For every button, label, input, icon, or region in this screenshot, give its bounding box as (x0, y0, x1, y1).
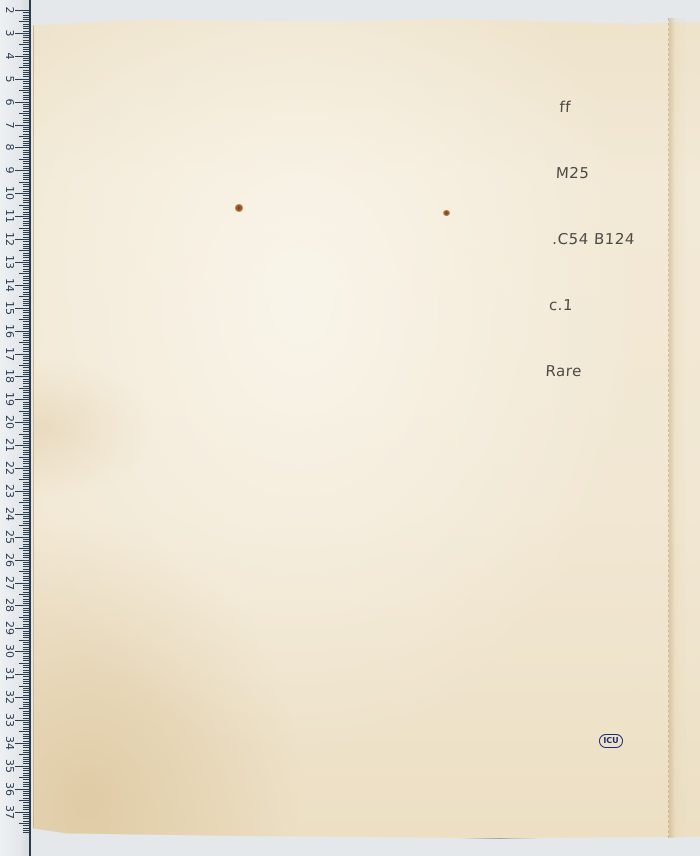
call-number-line: c.1 (548, 294, 632, 316)
ruler-tick (23, 665, 29, 666)
ruler-tick (15, 789, 29, 790)
ruler-tick (23, 120, 29, 121)
ruler-tick (23, 512, 29, 513)
ruler-tick (23, 507, 29, 508)
ruler-tick (23, 500, 29, 501)
ruler-tick (23, 688, 29, 689)
ruler-tick (23, 779, 29, 780)
ruler-tick (23, 19, 29, 20)
ruler-tick (19, 159, 29, 160)
ruler-tick (23, 74, 29, 75)
ruler-label: 26 (3, 552, 15, 568)
ruler-tick (23, 528, 29, 529)
ruler-tick (15, 468, 29, 469)
ruler-tick (23, 397, 29, 398)
ruler-tick (23, 63, 29, 64)
call-number-line: Rare (545, 360, 629, 382)
ruler-tick (23, 763, 29, 764)
ruler-tick (23, 461, 29, 462)
ruler-tick (23, 115, 29, 116)
ruler-tick (23, 54, 29, 55)
ruler-tick (23, 505, 29, 506)
ruler-tick (23, 741, 29, 742)
ruler-tick (23, 221, 29, 222)
ruler-tick (23, 773, 29, 774)
ruler-tick (23, 271, 29, 272)
ruler-tick (23, 692, 29, 693)
ruler-tick (19, 502, 29, 503)
ruler-tick (23, 681, 29, 682)
ruler-tick (23, 550, 29, 551)
ruler-tick (15, 308, 29, 309)
ruler-tick (23, 724, 29, 725)
ruler-label: 17 (3, 346, 15, 362)
ruler-tick (23, 770, 29, 771)
ruler-tick (23, 427, 29, 428)
ruler-tick (15, 170, 29, 171)
ruler-tick (23, 443, 29, 444)
ruler-tick (23, 784, 29, 785)
ruler-label: 15 (3, 300, 15, 316)
ruler-tick (15, 537, 29, 538)
ruler-tick (23, 154, 29, 155)
ruler-label: 20 (3, 414, 15, 430)
ruler-tick (23, 660, 29, 661)
ruler-label: 8 (3, 139, 15, 155)
ruler-label: 23 (3, 483, 15, 499)
ruler-tick (19, 319, 29, 320)
ruler-tick (23, 266, 29, 267)
ruler-tick (23, 248, 29, 249)
ruler-tick (23, 518, 29, 519)
ruler-tick (19, 708, 29, 709)
foxing-spot (235, 204, 243, 212)
ruler-tick (23, 530, 29, 531)
ruler-tick (23, 212, 29, 213)
ruler-tick (23, 51, 29, 52)
ruler-tick (23, 431, 29, 432)
ruler-tick (23, 337, 29, 338)
ruler-tick (23, 97, 29, 98)
ruler-tick (23, 544, 29, 545)
ruler-tick (23, 179, 29, 180)
ruler-label: 5 (3, 71, 15, 87)
ruler-tick (23, 452, 29, 453)
ruler-tick (23, 805, 29, 806)
ruler-tick (23, 395, 29, 396)
ruler-tick (23, 72, 29, 73)
ruler-tick (23, 223, 29, 224)
ruler-label: 29 (3, 620, 15, 636)
ruler-tick (23, 244, 29, 245)
ruler-tick (15, 605, 29, 606)
ruler-tick (15, 285, 29, 286)
ruler-tick (23, 40, 29, 41)
ruler-tick (23, 321, 29, 322)
ruler-tick (23, 695, 29, 696)
ruler-label: 36 (3, 781, 15, 797)
ruler-label: 18 (3, 368, 15, 384)
ruler-tick (23, 802, 29, 803)
ruler-label: 22 (3, 460, 15, 476)
ruler-tick (23, 493, 29, 494)
ruler-label: 13 (3, 254, 15, 270)
ruler-tick (23, 255, 29, 256)
ruler-tick (23, 218, 29, 219)
ruler-tick (19, 777, 29, 778)
ruler-tick (23, 830, 29, 831)
ruler-tick (23, 143, 29, 144)
ruler-tick (19, 136, 29, 137)
ruler-tick (23, 292, 29, 293)
ruler-tick (23, 383, 29, 384)
ruler-tick (23, 42, 29, 43)
ruler-tick (15, 56, 29, 57)
ruler-tick (23, 722, 29, 723)
ruler-tick (23, 356, 29, 357)
ruler-tick (23, 269, 29, 270)
ruler-tick (15, 193, 29, 194)
ruler-tick (19, 205, 29, 206)
ruler-tick (23, 706, 29, 707)
ruler-tick (23, 683, 29, 684)
ruler-label: 9 (3, 162, 15, 178)
ruler-tick (23, 484, 29, 485)
ruler-tick (23, 47, 29, 48)
ruler-tick (23, 324, 29, 325)
ruler-tick (23, 516, 29, 517)
ruler-tick (23, 418, 29, 419)
ruler-tick (15, 514, 29, 515)
ruler-tick (23, 482, 29, 483)
ruler-tick (23, 786, 29, 787)
ruler-tick (19, 800, 29, 801)
ruler-tick (15, 399, 29, 400)
ruler-tick (23, 750, 29, 751)
ruler-tick (23, 534, 29, 535)
ruler-tick (23, 752, 29, 753)
ruler-tick (23, 539, 29, 540)
ruler-tick (23, 386, 29, 387)
ruler-tick (23, 420, 29, 421)
ruler-tick (23, 532, 29, 533)
ruler-tick (23, 667, 29, 668)
ruler-tick (23, 690, 29, 691)
ruler-tick (23, 111, 29, 112)
ruler-tick (23, 289, 29, 290)
ruler-tick (23, 310, 29, 311)
ruler-tick (23, 580, 29, 581)
ruler-tick (23, 12, 29, 13)
ruler-tick (15, 560, 29, 561)
ruler-tick (23, 814, 29, 815)
ruler-label: 4 (3, 48, 15, 64)
ruler-tick (19, 273, 29, 274)
ruler-tick (15, 102, 29, 103)
ruler-tick (23, 189, 29, 190)
ruler-tick (19, 113, 29, 114)
ruler-tick (23, 122, 29, 123)
ruler-tick (15, 628, 29, 629)
ruler-tick (23, 372, 29, 373)
ruler-tick (23, 555, 29, 556)
ruler-tick (23, 374, 29, 375)
ruler-tick (23, 360, 29, 361)
ruler-tick (19, 640, 29, 641)
ruler-tick (15, 10, 29, 11)
ruler-tick (23, 466, 29, 467)
ruler-label: 24 (3, 506, 15, 522)
foxing-spot (443, 210, 450, 216)
ruler-tick (23, 95, 29, 96)
ruler-tick (15, 147, 29, 148)
ruler-label: 30 (3, 643, 15, 659)
ruler-tick (23, 704, 29, 705)
call-number-line: ff (559, 96, 643, 118)
ruler-tick (23, 150, 29, 151)
ruler-tick (23, 473, 29, 474)
ruler-label: 3 (3, 25, 15, 41)
ruler-tick (23, 177, 29, 178)
ruler-label: 37 (3, 804, 15, 820)
ruler-tick (23, 173, 29, 174)
ruler-tick (23, 759, 29, 760)
ruler-label: 25 (3, 529, 15, 545)
ruler-tick (23, 489, 29, 490)
ruler-tick (23, 658, 29, 659)
ruler-tick (23, 454, 29, 455)
ruler-tick (23, 589, 29, 590)
ruler-tick (23, 450, 29, 451)
ruler-tick (23, 26, 29, 27)
ruler-tick (23, 619, 29, 620)
ruler-tick (23, 832, 29, 833)
ruler-tick (23, 631, 29, 632)
ruler-tick (23, 509, 29, 510)
ruler-tick (23, 49, 29, 50)
ruler-label: 31 (3, 666, 15, 682)
ruler-label: 35 (3, 758, 15, 774)
ruler-label: 10 (3, 185, 15, 201)
ruler-tick (23, 58, 29, 59)
ruler-label: 16 (3, 323, 15, 339)
ruler-tick (19, 67, 29, 68)
ruler-tick (23, 621, 29, 622)
ruler-tick (23, 557, 29, 558)
ruler-tick (23, 738, 29, 739)
ruler-tick (23, 727, 29, 728)
ruler-tick (23, 186, 29, 187)
ruler-tick (23, 821, 29, 822)
ruler-tick (23, 340, 29, 341)
ruler-tick (15, 422, 29, 423)
ruler-label: 6 (3, 94, 15, 110)
ruler-tick (23, 816, 29, 817)
ruler-tick (15, 651, 29, 652)
ruler-tick (23, 278, 29, 279)
ruler-tick (23, 470, 29, 471)
ruler-tick (23, 60, 29, 61)
ruler-tick (23, 134, 29, 135)
ruler-tick (23, 713, 29, 714)
ruler-tick (23, 436, 29, 437)
ruler-tick (15, 766, 29, 767)
ruler-tick (23, 225, 29, 226)
ruler-tick (19, 686, 29, 687)
ruler-tick (23, 828, 29, 829)
ruler-tick (15, 812, 29, 813)
ruler-tick (23, 367, 29, 368)
ruler-tick (23, 592, 29, 593)
ruler-tick (23, 145, 29, 146)
ruler-tick (23, 191, 29, 192)
ruler-tick (19, 388, 29, 389)
ruler-tick (23, 653, 29, 654)
ruler-tick (23, 326, 29, 327)
ruler-tick (23, 702, 29, 703)
ruler-tick (23, 729, 29, 730)
ruler-tick (23, 642, 29, 643)
ruler-tick (23, 424, 29, 425)
ruler-tick (23, 415, 29, 416)
ruler-tick (15, 743, 29, 744)
ruler-label: 19 (3, 391, 15, 407)
ruler-tick (23, 798, 29, 799)
ruler-tick (23, 745, 29, 746)
ruler-tick (23, 624, 29, 625)
ruler-tick (23, 344, 29, 345)
ruler-tick (23, 264, 29, 265)
ruler-tick (23, 757, 29, 758)
ruler-tick (23, 679, 29, 680)
ruler-tick (23, 328, 29, 329)
ruler-tick (23, 626, 29, 627)
ruler-tick (23, 818, 29, 819)
ruler-tick (23, 202, 29, 203)
ruler-tick (19, 731, 29, 732)
ruler-tick (23, 676, 29, 677)
ruler-tick (23, 413, 29, 414)
ruler-tick (23, 161, 29, 162)
ruler-tick (23, 37, 29, 38)
ruler-tick (19, 411, 29, 412)
ruler-tick (23, 195, 29, 196)
call-number-line: .C54 B124 (552, 228, 636, 250)
ruler-tick (23, 637, 29, 638)
ruler-tick (23, 495, 29, 496)
ruler-tick (19, 250, 29, 251)
ruler-tick (23, 612, 29, 613)
ruler-tick (23, 633, 29, 634)
ruler-tick (23, 699, 29, 700)
ruler-tick (23, 168, 29, 169)
ruler-tick (15, 216, 29, 217)
ruler-tick (23, 521, 29, 522)
ruler-tick (23, 463, 29, 464)
ruler-tick (23, 381, 29, 382)
ruler-tick (15, 262, 29, 263)
ruler-tick (23, 569, 29, 570)
ruler-tick (19, 365, 29, 366)
measurement-ruler: 2345678910111213141516171819202122232425… (0, 0, 31, 856)
ruler-tick (23, 672, 29, 673)
ruler-tick (23, 349, 29, 350)
ruler-tick (23, 603, 29, 604)
ruler-tick (23, 35, 29, 36)
ruler-tick (15, 331, 29, 332)
ruler-tick (23, 106, 29, 107)
ruler-label: 33 (3, 712, 15, 728)
ruler-tick (23, 276, 29, 277)
ruler-tick (23, 775, 29, 776)
ruler-tick (23, 576, 29, 577)
ruler-tick (23, 129, 29, 130)
ruler-tick (15, 79, 29, 80)
ruler-tick (19, 571, 29, 572)
ruler-tick (19, 754, 29, 755)
ruler-tick (23, 83, 29, 84)
ruler-tick (23, 809, 29, 810)
ruler-tick (15, 445, 29, 446)
ruler-tick (23, 734, 29, 735)
ruler-tick (23, 214, 29, 215)
ruler-tick (23, 333, 29, 334)
ruler-tick (15, 491, 29, 492)
ruler-tick (23, 358, 29, 359)
ruler-tick (23, 429, 29, 430)
ruler-tick (19, 823, 29, 824)
ruler-tick (19, 21, 29, 22)
ruler-tick (23, 184, 29, 185)
ruler-tick (23, 118, 29, 119)
ruler-tick (23, 546, 29, 547)
ruler-tick (23, 370, 29, 371)
ruler-tick (23, 649, 29, 650)
ruler-tick (23, 793, 29, 794)
ruler-tick (15, 376, 29, 377)
ruler-tick (23, 782, 29, 783)
ruler-tick (19, 479, 29, 480)
ruler-tick (23, 408, 29, 409)
ruler-tick (23, 92, 29, 93)
ruler-tick (23, 312, 29, 313)
ruler-label: 21 (3, 437, 15, 453)
ruler-tick (23, 596, 29, 597)
ruler-tick (19, 434, 29, 435)
ruler-tick (23, 65, 29, 66)
ruler-tick (23, 768, 29, 769)
ruler-tick (19, 457, 29, 458)
ruler-tick (23, 207, 29, 208)
library-stamp: ICU (599, 734, 623, 748)
ruler-tick (19, 342, 29, 343)
ruler-tick (23, 599, 29, 600)
ruler-tick (23, 301, 29, 302)
ruler-tick (15, 720, 29, 721)
ruler-tick (23, 390, 29, 391)
ruler-tick (23, 81, 29, 82)
ruler-tick (23, 335, 29, 336)
ruler-tick (23, 347, 29, 348)
ruler-tick (23, 795, 29, 796)
ruler-tick (23, 825, 29, 826)
ruler-tick (23, 175, 29, 176)
call-number-line: M25 (555, 162, 639, 184)
ruler-tick (23, 553, 29, 554)
ruler-tick (23, 404, 29, 405)
ruler-tick (15, 583, 29, 584)
ruler-tick (23, 303, 29, 304)
